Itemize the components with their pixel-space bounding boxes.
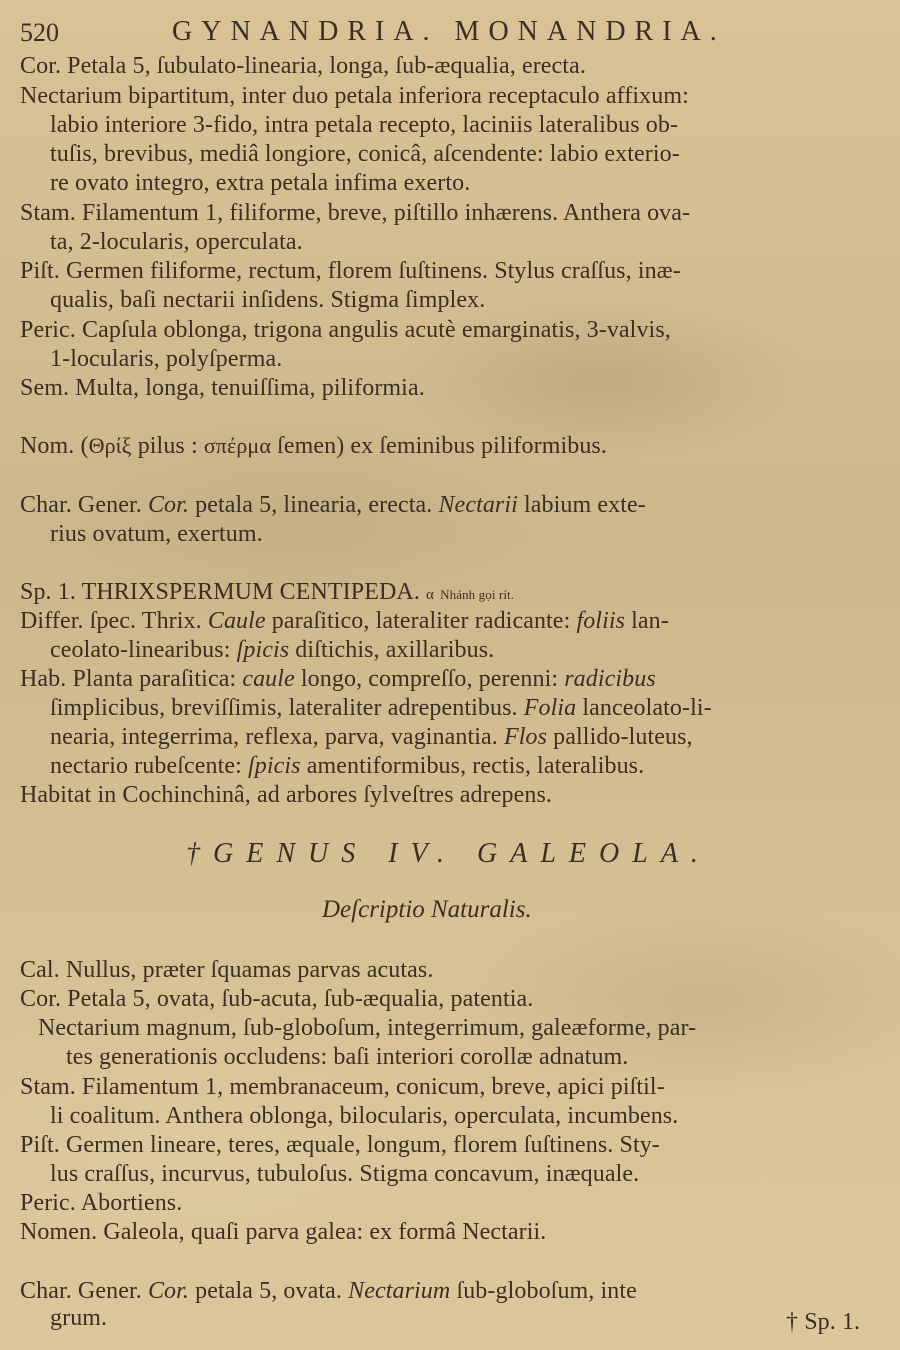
text-line: Cal. Nullus, præter ſquamas parvas acuta… xyxy=(20,956,433,984)
nomen-line: Nom. (Θρίξ pilus : σπέρμα ſemen) ex ſemi… xyxy=(20,432,607,460)
hab-line: Hab. Planta paraſitica: caule longo, com… xyxy=(20,665,656,693)
text-line: nearia, integerrima, reflexa, parva, vag… xyxy=(50,723,693,751)
text-line: li coalitum. Anthera oblonga, biloculari… xyxy=(50,1102,678,1130)
text-line: ta, 2-locularis, operculata. xyxy=(50,228,303,256)
text-line: Sem. Multa, longa, tenuiſſima, piliformi… xyxy=(20,374,425,402)
catchword: † Sp. 1. xyxy=(786,1308,860,1336)
text-line: re ovato integro, extra petala infima ex… xyxy=(50,169,470,197)
text-line: Nectarium bipartitum, inter duo petala i… xyxy=(20,82,689,110)
text-line: Stam. Filamentum 1, filiforme, breve, pi… xyxy=(20,199,690,227)
book-page: 520 GYNANDRIA. MONANDRIA. Cor. Petala 5,… xyxy=(0,0,900,1350)
text-line: Cor. Petala 5, ovata, ſub-acuta, ſub-æqu… xyxy=(20,985,533,1013)
text-line: tuſis, brevibus, mediâ longiore, conicâ,… xyxy=(50,140,680,168)
text-line: Piſt. Germen lineare, teres, æquale, lon… xyxy=(20,1131,660,1159)
text-line: grum. xyxy=(50,1304,107,1332)
text-line: Peric. Abortiens. xyxy=(20,1189,182,1217)
text-line: tes generationis occludens: baſi interio… xyxy=(66,1043,628,1071)
text-line: Piſt. Germen filiforme, rectum, florem ſ… xyxy=(20,257,681,285)
char-gener-line: Char. Gener. Cor. petala 5, linearia, er… xyxy=(20,491,646,519)
text-line: nectario rubeſcente: ſpicis amentiformib… xyxy=(50,752,644,780)
habitat-line: Habitat in Cochinchinâ, ad arbores ſylve… xyxy=(20,781,552,809)
text-line: Peric. Capſula oblonga, trigona angulis … xyxy=(20,316,671,344)
text-line: Stam. Filamentum 1, membranaceum, conicu… xyxy=(20,1073,665,1101)
text-line: rius ovatum, exertum. xyxy=(50,520,263,548)
section-subheading: Deſcriptio Naturalis. xyxy=(322,896,532,924)
text-line: ſimplicibus, breviſſimis, lateraliter ad… xyxy=(50,694,712,722)
text-line: Nectarium magnum, ſub-globoſum, integerr… xyxy=(38,1014,696,1042)
genus-heading: †GENUS IV. GALEOLA. xyxy=(186,838,711,870)
text-line: Cor. Petala 5, ſubulato-linearia, longa,… xyxy=(20,52,586,80)
text-line: lus craſſus, incurvus, tubuloſus. Stigma… xyxy=(50,1160,639,1188)
page-number: 520 xyxy=(20,18,59,48)
text-line: ceolato-linearibus: ſpicis diſtichis, ax… xyxy=(50,636,494,664)
char-gener-line: Char. Gener. Cor. petala 5, ovata. Necta… xyxy=(20,1277,637,1305)
text-line: labio interiore 3-fido, intra petala rec… xyxy=(50,111,678,139)
greek-word: σπέρμα xyxy=(204,433,271,458)
text-line: qualis, baſi nectarii inſidens. Stigma ſ… xyxy=(50,286,485,314)
differ-line: Differ. ſpec. Thrix. Caule paraſitico, l… xyxy=(20,607,669,635)
species-heading: Sp. 1. THRIXSPERMUM CENTIPEDA. α Nhánh g… xyxy=(20,578,514,609)
text-line: Nomen. Galeola, quaſi parva galea: ex fo… xyxy=(20,1218,546,1246)
text-line: 1-locularis, polyſperma. xyxy=(50,345,282,373)
running-title: GYNANDRIA. MONANDRIA. xyxy=(172,16,726,48)
greek-word: Θρίξ xyxy=(89,433,132,458)
vernacular-name: Nhánh gọi rít. xyxy=(440,587,514,602)
